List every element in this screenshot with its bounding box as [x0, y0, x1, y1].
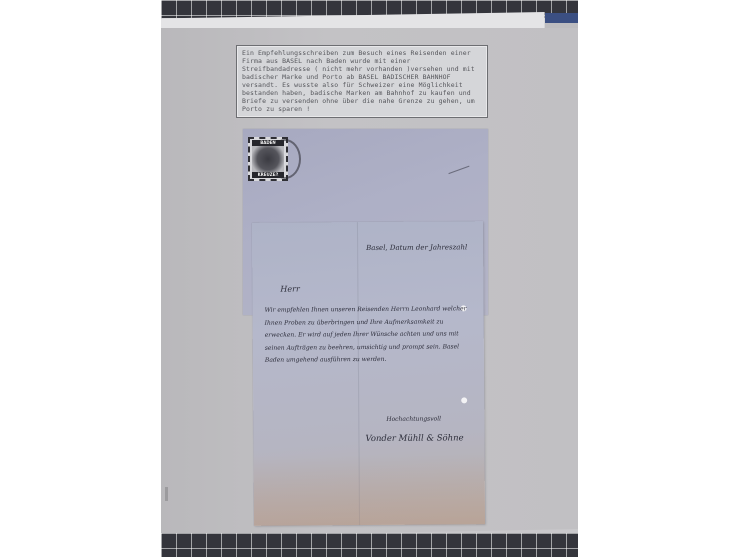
letter-body: Wir empfehlen Ihnen unseren Reisenden He… — [265, 303, 477, 367]
letter-age-stain — [254, 454, 485, 526]
description-label: Ein Empfehlungsschreiben zum Besuch eine… — [236, 45, 488, 118]
punch-hole — [461, 397, 467, 403]
postmark-cancel — [269, 139, 301, 179]
letter-signature: Vonder Mühll & Söhne — [365, 433, 463, 444]
letter-salutation: Herr — [280, 284, 299, 293]
envelope-fold-mark — [448, 166, 473, 186]
letter-date-line: Basel, Datum der Jahreszahl — [366, 243, 467, 252]
handwritten-letter: Basel, Datum der Jahreszahl Herr Wir emp… — [252, 221, 485, 526]
scanned-album-page: Ein Empfehlungsschreiben zum Besuch eine… — [161, 0, 578, 557]
page-edge-mark — [165, 487, 168, 501]
cutting-mat-grid-bottom — [161, 533, 578, 557]
letter-closing: Hochachtungsvoll — [386, 415, 441, 422]
description-text: Ein Empfehlungsschreiben zum Besuch eine… — [242, 49, 482, 113]
blue-tab — [545, 13, 578, 23]
